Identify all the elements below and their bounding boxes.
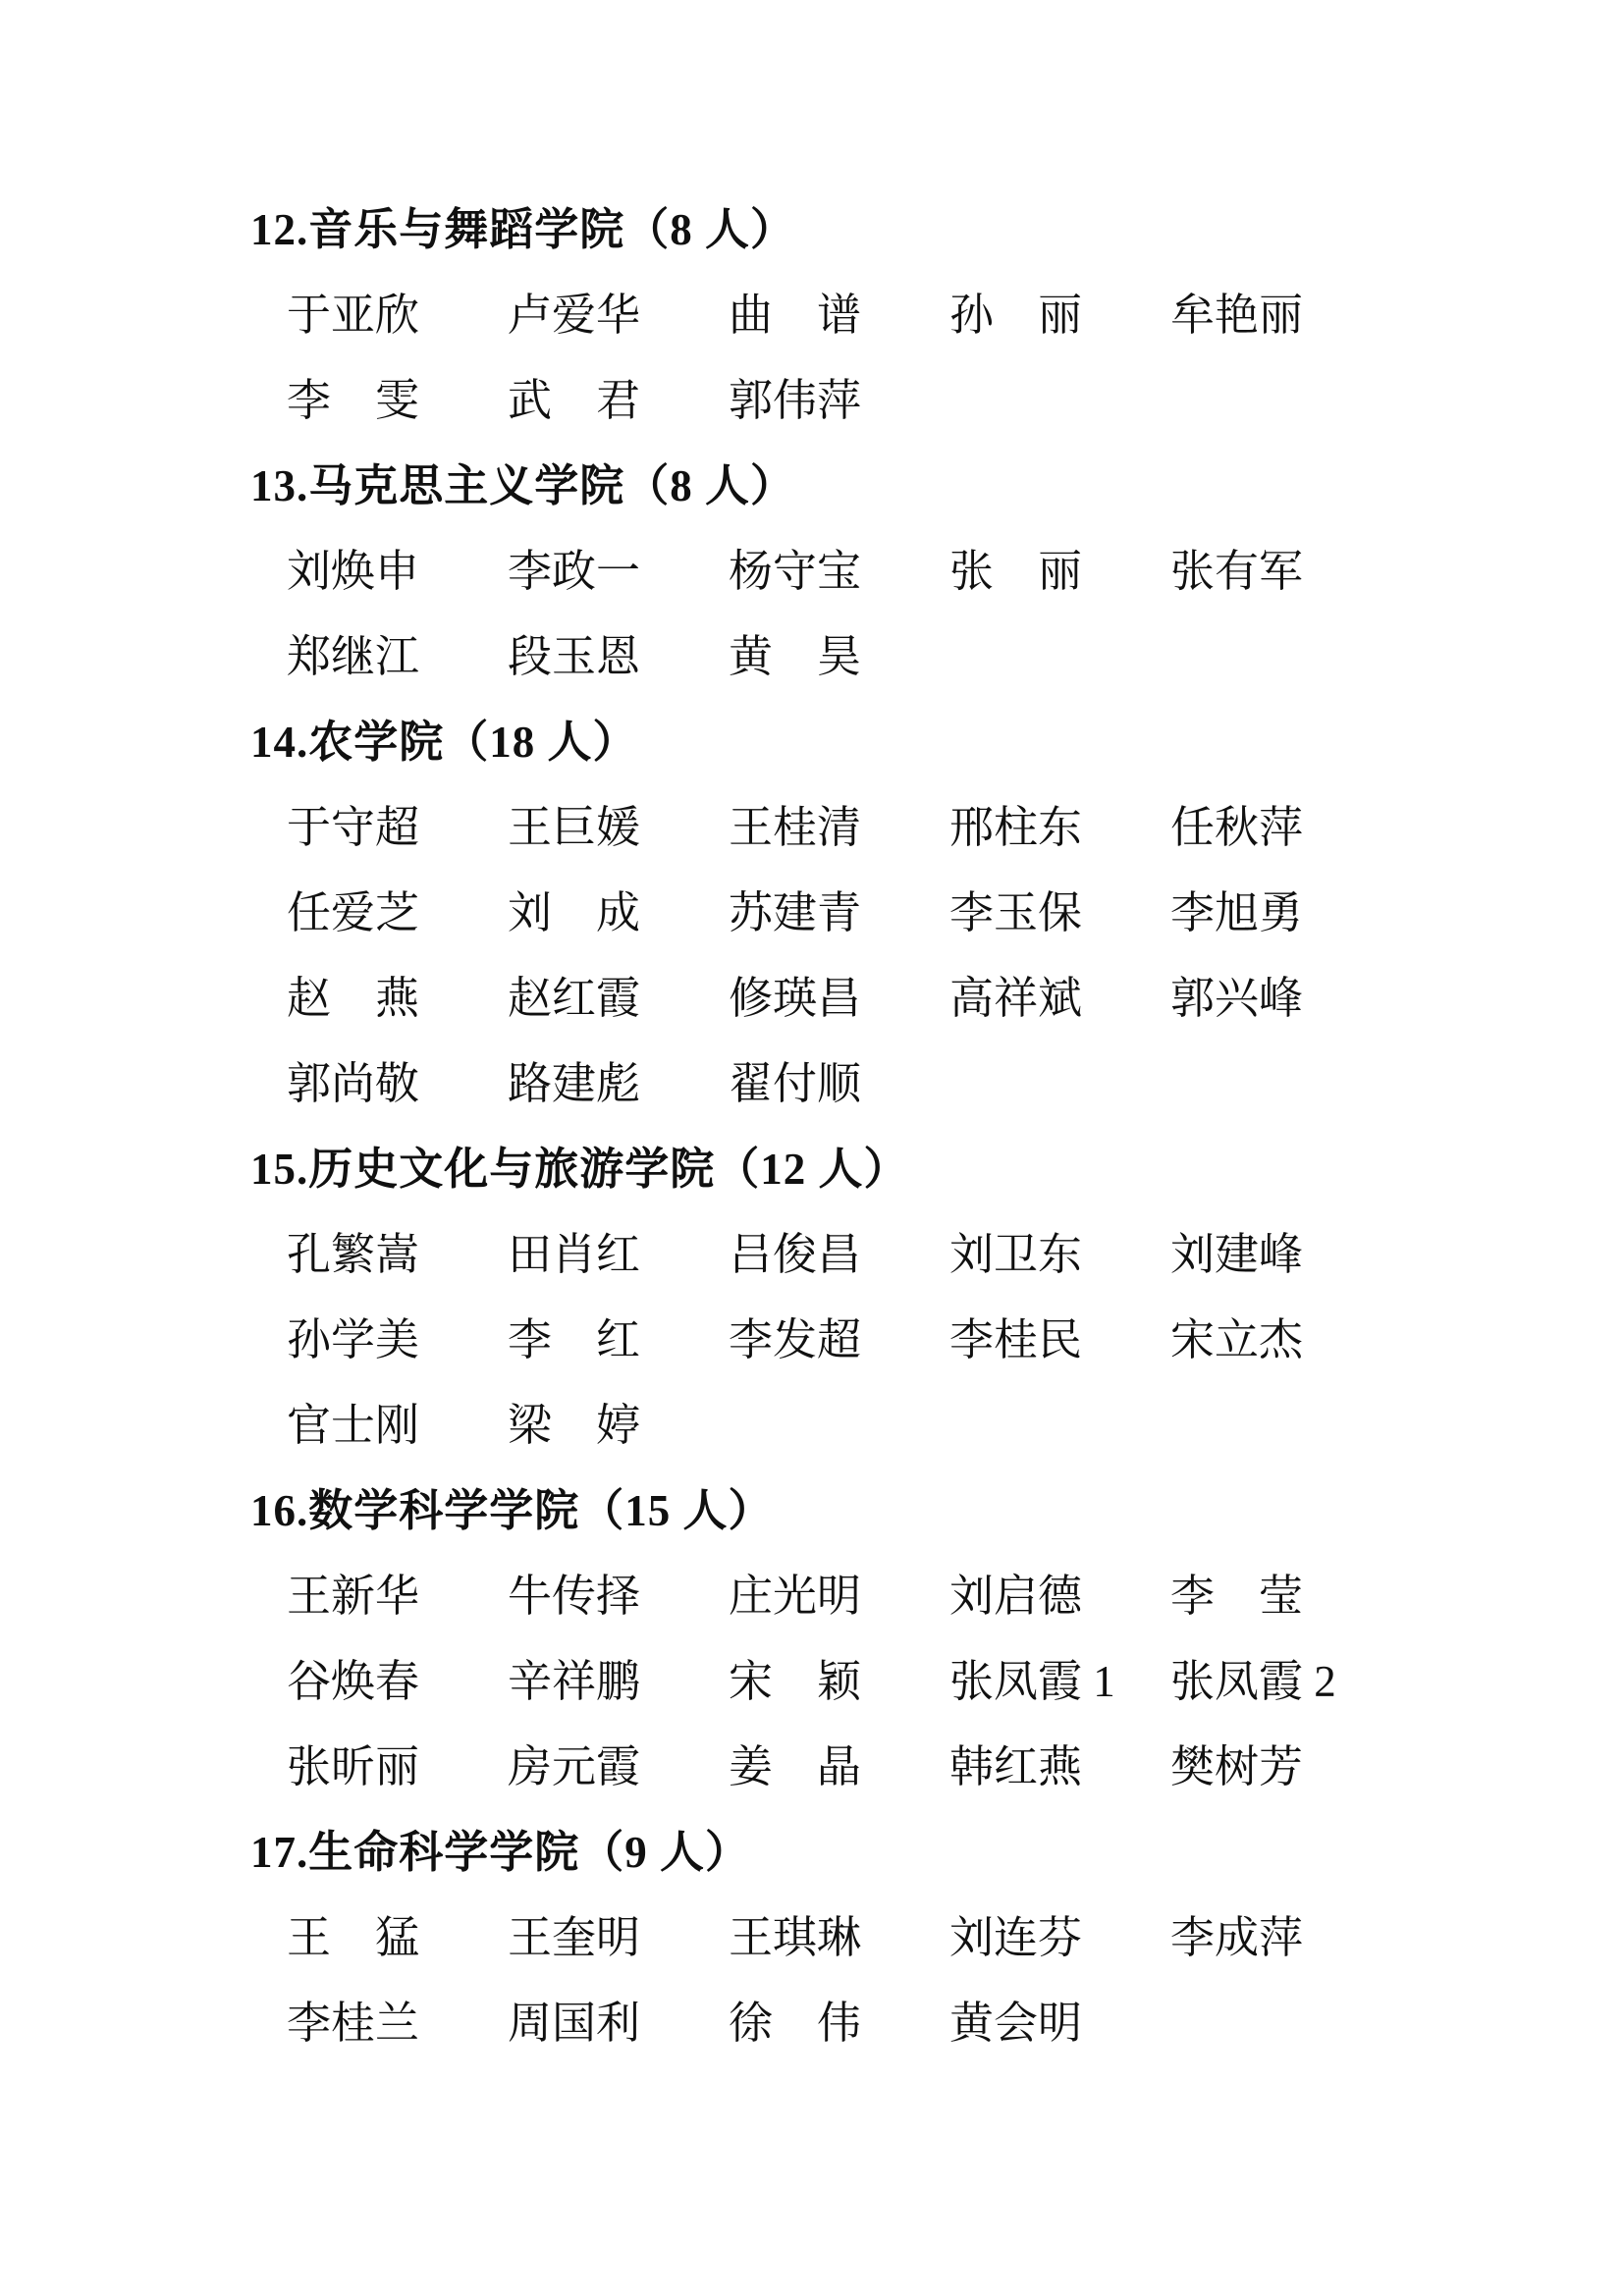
section-mathematical-sciences-college: 16.数学科学学院（15 人） 王新华 牛传择 庄光明 刘启德 李 莹 谷焕春 …: [250, 1464, 1546, 1805]
section-heading: 15.历史文化与旅游学院（12 人）: [250, 1122, 1546, 1207]
person-name: 孙学美: [287, 1304, 425, 1367]
name-row: 郭尚敬 路建彪 翟付顺: [287, 1037, 1546, 1122]
name-row: 郑继江 段玉恩 黄 昊: [287, 610, 1546, 695]
name-row: 于守超 王巨媛 王桂清 邢柱东 任秋萍: [287, 780, 1546, 866]
person-name: 于守超: [287, 791, 425, 855]
person-name: 高祥斌: [949, 962, 1088, 1026]
person-name: 李发超: [729, 1304, 867, 1367]
person-name: 曲 谱: [729, 279, 867, 343]
person-name: 李 红: [508, 1304, 646, 1367]
name-row: 赵 燕 赵红霞 修瑛昌 高祥斌 郭兴峰: [287, 951, 1546, 1037]
name-row: 谷焕春 辛祥鹏 宋 颖 张凤霞 1 张凤霞 2: [287, 1634, 1546, 1720]
name-row: 官士刚 梁 婷: [287, 1378, 1546, 1464]
name-row: 刘焕申 李政一 杨守宝 张 丽 张有军: [287, 524, 1546, 610]
name-row: 任爱芝 刘 成 苏建青 李玉保 李旭勇: [287, 866, 1546, 951]
person-name: 郭伟萍: [729, 364, 867, 428]
person-name: 李旭勇: [1170, 877, 1309, 940]
person-name: 王奎明: [508, 1901, 646, 1965]
person-name: 李政一: [508, 535, 646, 599]
person-name: 李 莹: [1170, 1560, 1309, 1624]
person-name: 牟艳丽: [1170, 279, 1309, 343]
section-heading: 13.马克思主义学院（8 人）: [250, 439, 1546, 524]
person-name: 李桂民: [949, 1304, 1088, 1367]
person-name: 孔繁嵩: [287, 1218, 425, 1282]
person-name: 官士刚: [287, 1389, 425, 1453]
person-name: 王琪琳: [729, 1901, 867, 1965]
person-name: 杨守宝: [729, 535, 867, 599]
person-name: 吕俊昌: [729, 1218, 867, 1282]
name-row: 于亚欣 卢爱华 曲 谱 孙 丽 牟艳丽: [287, 268, 1546, 353]
person-name: 修瑛昌: [729, 962, 867, 1026]
person-name: 姜 晶: [729, 1731, 867, 1794]
person-name: 翟付顺: [729, 1047, 867, 1111]
person-name: 黄会明: [949, 1987, 1088, 2051]
person-name: 刘焕申: [287, 535, 425, 599]
person-name: 段玉恩: [508, 620, 646, 684]
person-name: 赵红霞: [508, 962, 646, 1026]
section-heading: 17.生命科学学院（9 人）: [250, 1805, 1546, 1891]
person-name: 苏建青: [729, 877, 867, 940]
person-name: 任秋萍: [1170, 791, 1309, 855]
person-name: 李桂兰: [287, 1987, 425, 2051]
section-agriculture-college: 14.农学院（18 人） 于守超 王巨媛 王桂清 邢柱东 任秋萍 任爱芝 刘 成…: [250, 695, 1546, 1122]
person-name: 王 猛: [287, 1901, 425, 1965]
name-row: 王 猛 王奎明 王琪琳 刘连芬 李成萍: [287, 1891, 1546, 1976]
person-name: 赵 燕: [287, 962, 425, 1026]
person-name: 徐 伟: [729, 1987, 867, 2051]
person-name: 周国利: [508, 1987, 646, 2051]
person-name: 张凤霞 1: [949, 1645, 1088, 1709]
person-name: 宋立杰: [1170, 1304, 1309, 1367]
person-name: 李成萍: [1170, 1901, 1309, 1965]
person-name: 樊树芳: [1170, 1731, 1309, 1794]
section-music-dance-college: 12.音乐与舞蹈学院（8 人） 于亚欣 卢爱华 曲 谱 孙 丽 牟艳丽 李 雯 …: [250, 183, 1546, 439]
person-name: 刘启德: [949, 1560, 1088, 1624]
person-name: 房元霞: [508, 1731, 646, 1794]
person-name: 邢柱东: [949, 791, 1088, 855]
document-page: 12.音乐与舞蹈学院（8 人） 于亚欣 卢爱华 曲 谱 孙 丽 牟艳丽 李 雯 …: [0, 0, 1624, 2296]
section-heading: 12.音乐与舞蹈学院（8 人）: [250, 183, 1546, 268]
person-name: 韩红燕: [949, 1731, 1088, 1794]
name-row: 孔繁嵩 田肖红 吕俊昌 刘卫东 刘建峰: [287, 1207, 1546, 1293]
person-name: 郭兴峰: [1170, 962, 1309, 1026]
person-name: 孙 丽: [949, 279, 1088, 343]
person-name: 于亚欣: [287, 279, 425, 343]
person-name: 庄光明: [729, 1560, 867, 1624]
person-name: 张昕丽: [287, 1731, 425, 1794]
person-name: 路建彪: [508, 1047, 646, 1111]
person-name: 张凤霞 2: [1170, 1645, 1309, 1709]
person-name: 张 丽: [949, 535, 1088, 599]
person-name: 黄 昊: [729, 620, 867, 684]
person-name: 卢爱华: [508, 279, 646, 343]
person-name: 武 君: [508, 364, 646, 428]
person-name: 宋 颖: [729, 1645, 867, 1709]
person-name: 刘建峰: [1170, 1218, 1309, 1282]
name-row: 张昕丽 房元霞 姜 晶 韩红燕 樊树芳: [287, 1720, 1546, 1805]
section-heading: 14.农学院（18 人）: [250, 695, 1546, 780]
name-row: 李桂兰 周国利 徐 伟 黄会明: [287, 1976, 1546, 2061]
section-marxism-college: 13.马克思主义学院（8 人） 刘焕申 李政一 杨守宝 张 丽 张有军 郑继江 …: [250, 439, 1546, 695]
section-history-culture-tourism-college: 15.历史文化与旅游学院（12 人） 孔繁嵩 田肖红 吕俊昌 刘卫东 刘建峰 孙…: [250, 1122, 1546, 1464]
person-name: 刘卫东: [949, 1218, 1088, 1282]
person-name: 任爱芝: [287, 877, 425, 940]
person-name: 谷焕春: [287, 1645, 425, 1709]
person-name: 田肖红: [508, 1218, 646, 1282]
person-name: 李玉保: [949, 877, 1088, 940]
section-life-sciences-college: 17.生命科学学院（9 人） 王 猛 王奎明 王琪琳 刘连芬 李成萍 李桂兰 周…: [250, 1805, 1546, 2061]
person-name: 李 雯: [287, 364, 425, 428]
person-name: 辛祥鹏: [508, 1645, 646, 1709]
person-name: 牛传择: [508, 1560, 646, 1624]
person-name: 王巨媛: [508, 791, 646, 855]
name-row: 李 雯 武 君 郭伟萍: [287, 353, 1546, 439]
section-heading: 16.数学科学学院（15 人）: [250, 1464, 1546, 1549]
person-name: 张有军: [1170, 535, 1309, 599]
person-name: 刘连芬: [949, 1901, 1088, 1965]
person-name: 梁 婷: [508, 1389, 646, 1453]
person-name: 郑继江: [287, 620, 425, 684]
person-name: 王新华: [287, 1560, 425, 1624]
name-row: 孙学美 李 红 李发超 李桂民 宋立杰: [287, 1293, 1546, 1378]
person-name: 王桂清: [729, 791, 867, 855]
document-content: 12.音乐与舞蹈学院（8 人） 于亚欣 卢爱华 曲 谱 孙 丽 牟艳丽 李 雯 …: [250, 183, 1546, 2061]
name-row: 王新华 牛传择 庄光明 刘启德 李 莹: [287, 1549, 1546, 1634]
person-name: 郭尚敬: [287, 1047, 425, 1111]
person-name: 刘 成: [508, 877, 646, 940]
